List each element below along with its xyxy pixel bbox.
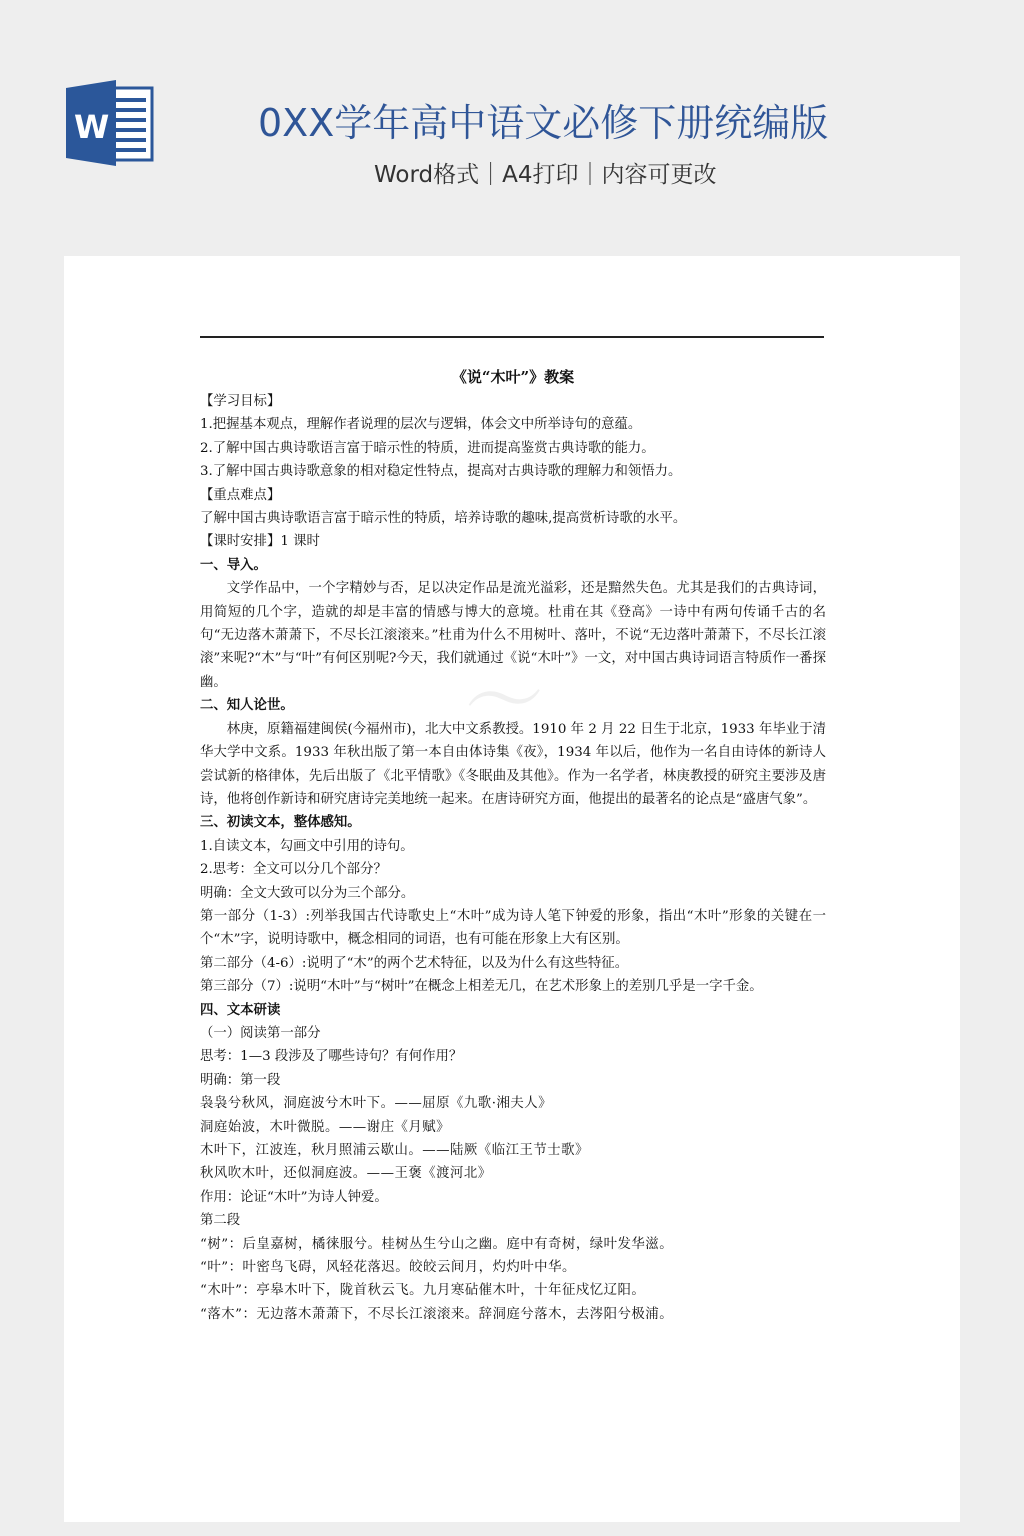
poem-line: 木叶下，江波连，秋月照浦云歇山。——陆厥《临江王节士歌》 bbox=[200, 1139, 826, 1162]
header-rule bbox=[200, 336, 824, 338]
goal-1: 1.把握基本观点，理解作者说理的层次与逻辑，体会文中所举诗句的意蕴。 bbox=[200, 413, 826, 436]
goal-3: 3.了解中国古典诗歌意象的相对稳定性特点，提高对古典诗歌的理解力和领悟力。 bbox=[200, 460, 826, 483]
banner-title: 0XX学年高中语文必修下册统编版 bbox=[258, 92, 828, 147]
function-line: 作用：论证“木叶”为诗人钟爱。 bbox=[200, 1186, 826, 1209]
banner: W 0XX学年高中语文必修下册统编版 Word格式｜A4打印｜内容可更改 bbox=[0, 0, 1024, 256]
poem-line: “树”：后皇嘉树，橘徕服兮。桂树丛生兮山之幽。庭中有奇树，绿叶发华滋。 bbox=[200, 1233, 826, 1256]
section-3-line: 明确：全文大致可以分为三个部分。 bbox=[200, 882, 826, 905]
poem-line: 洞庭始波，木叶微脱。——谢庄《月赋》 bbox=[200, 1116, 826, 1139]
section-4-line: 明确：第一段 bbox=[200, 1069, 826, 1092]
section-3-line: 1.自读文本，勾画文中引用的诗句。 bbox=[200, 835, 826, 858]
poem-line: “叶”：叶密鸟飞碍，风轻花落迟。皎皎云间月，灼灼叶中华。 bbox=[200, 1256, 826, 1279]
section-4-line: （一）阅读第一部分 bbox=[200, 1022, 826, 1045]
intro-paragraph: 文学作品中，一个字精妙与否，足以决定作品是流光溢彩，还是黯然失色。尤其是我们的古… bbox=[200, 577, 826, 694]
part-2-description: 第二部分（4-6）:说明了“木”的两个艺术特征，以及为什么有这些特征。 bbox=[200, 952, 826, 975]
poem-line: “落木”：无边落木萧萧下，不尽长江滚滚来。辞洞庭兮落木，去涔阳兮极浦。 bbox=[200, 1303, 826, 1326]
section-4-line: 思考：1—3 段涉及了哪些诗句？有何作用？ bbox=[200, 1045, 826, 1068]
key-points-text: 了解中国古典诗歌语言富于暗示性的特质，培养诗歌的趣味,提高赏析诗歌的水平。 bbox=[200, 507, 826, 530]
class-schedule: 【课时安排】1 课时 bbox=[200, 530, 826, 553]
paragraph-2-label: 第二段 bbox=[200, 1209, 826, 1232]
section-3-line: 2.思考：全文可以分几个部分？ bbox=[200, 858, 826, 881]
section-4-heading: 四、文本研读 bbox=[200, 999, 826, 1022]
section-2-heading: 二、知人论世。 bbox=[200, 694, 826, 717]
banner-subtitle: Word格式｜A4打印｜内容可更改 bbox=[374, 156, 716, 189]
document-page: 〜 《说“木叶”》教案 【学习目标】 1.把握基本观点，理解作者说理的层次与逻辑… bbox=[64, 256, 960, 1522]
author-paragraph: 林庚，原籍福建闽侯(今福州市)，北大中文系教授。1910 年 2 月 22 日生… bbox=[200, 718, 826, 812]
section-1-heading: 一、导入。 bbox=[200, 554, 826, 577]
svg-text:W: W bbox=[74, 108, 109, 146]
heading-key-points: 【重点难点】 bbox=[200, 484, 826, 507]
word-document-icon: W bbox=[66, 80, 156, 166]
goal-2: 2.了解中国古典诗歌语言富于暗示性的特质，进而提高鉴赏古典诗歌的能力。 bbox=[200, 437, 826, 460]
section-3-heading: 三、初读文本，整体感知。 bbox=[200, 811, 826, 834]
poem-line: “木叶”：亭皋木叶下，陇首秋云飞。九月寒砧催木叶，十年征戍忆辽阳。 bbox=[200, 1279, 826, 1302]
part-1-description: 第一部分（1-3）:列举我国古代诗歌史上“木叶”成为诗人笔下钟爱的形象，指出“木… bbox=[200, 905, 826, 952]
heading-learning-goals: 【学习目标】 bbox=[200, 390, 826, 413]
poem-line: 秋风吹木叶，还似洞庭波。——王褒《渡河北》 bbox=[200, 1162, 826, 1185]
poem-line: 袅袅兮秋风，洞庭波兮木叶下。——屈原《九歌·湘夫人》 bbox=[200, 1092, 826, 1115]
document-body: 《说“木叶”》教案 【学习目标】 1.把握基本观点，理解作者说理的层次与逻辑，体… bbox=[200, 364, 826, 1326]
part-3-description: 第三部分（7）:说明“木叶”与“树叶”在概念上相差无几，在艺术形象上的差别几乎是… bbox=[200, 975, 826, 998]
document-title: 《说“木叶”》教案 bbox=[200, 364, 826, 390]
